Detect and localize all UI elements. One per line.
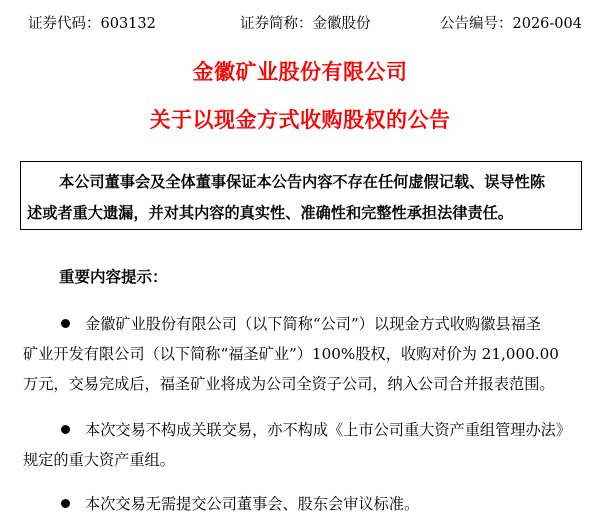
- bullet-dot-icon: [61, 319, 70, 328]
- paragraph-line: 矿业开发有限公司（以下简称“福圣矿业”）100%股权，收购对价为 21,000.…: [23, 343, 559, 365]
- board-statement-box: 本公司董事会及全体董事保证本公告内容不存在任何虚假记载、误导性陈 述或者重大遗漏…: [20, 161, 582, 230]
- paragraph-line: 本次交易无需提交公司董事会、股东会审议标准。: [85, 493, 419, 515]
- statement-line: 本公司董事会及全体董事保证本公告内容不存在任何虚假记载、误导性陈: [59, 171, 545, 193]
- paragraph-line: 规定的重大资产重组。: [23, 449, 175, 471]
- announcement-title: 关于以现金方式收购股权的公告: [0, 106, 600, 134]
- paragraph-line: 万元，交易完成后，福圣矿业将成为公司全资子公司，纳入公司合并报表范围。: [23, 373, 555, 395]
- bullet-dot-icon: [61, 499, 70, 508]
- announcement-number: 公告编号：2026-004: [440, 13, 582, 35]
- paragraph-line: 金徽矿业股份有限公司（以下简称“公司”）以现金方式收购徽县福圣: [85, 313, 541, 335]
- stock-code: 证券代码：603132: [28, 13, 156, 35]
- bullet-dot-icon: [61, 425, 70, 434]
- statement-line: 述或者重大遗漏，并对其内容的真实性、准确性和完整性承担法律责任。: [27, 202, 513, 224]
- company-name-title: 金徽矿业股份有限公司: [0, 58, 600, 86]
- paragraph-line: 本次交易不构成关联交易，亦不构成《上市公司重大资产重组管理办法》: [85, 419, 571, 441]
- announcement-header: 证券代码：603132 证券简称：金徽股份 公告编号：2026-004: [0, 13, 600, 35]
- stock-abbreviation: 证券简称：金徽股份: [240, 13, 371, 35]
- key-points-heading: 重要内容提示：: [59, 266, 168, 288]
